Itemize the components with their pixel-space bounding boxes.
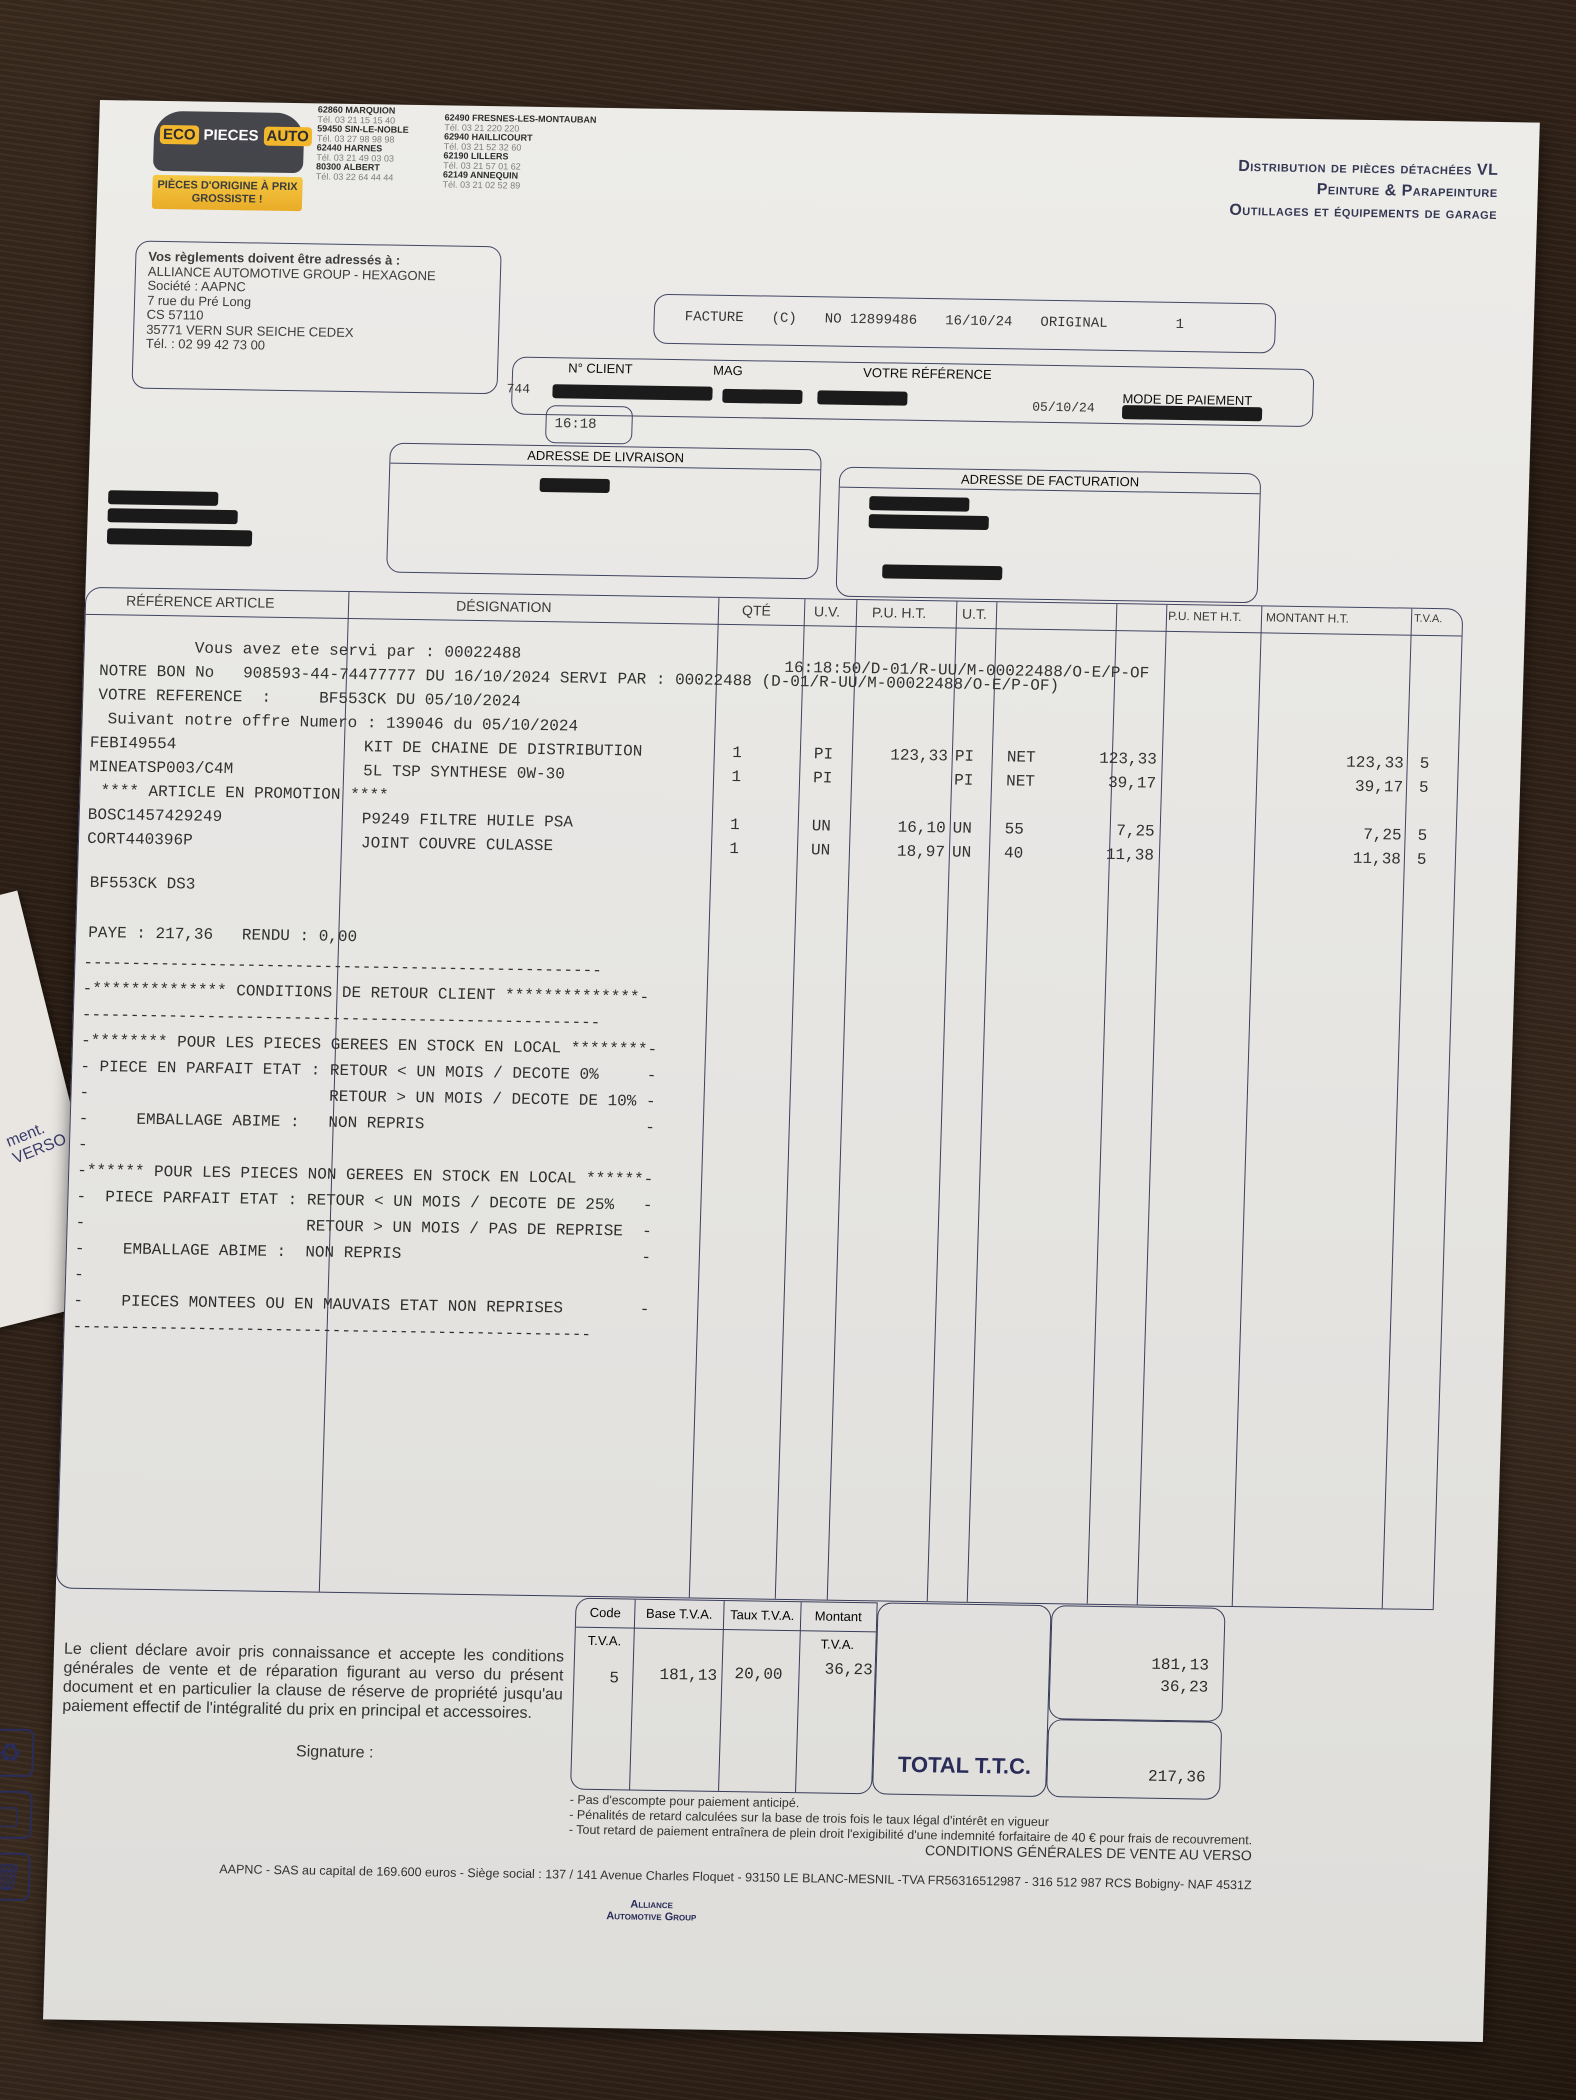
eco-pieces-auto-logo: ECO PIECES AUTO PIÈCES D'ORIGINE À PRIX …	[152, 111, 305, 211]
signature-label: Signature :	[296, 1743, 374, 1762]
cell-uv: UN	[811, 817, 831, 835]
cell-ut: UN	[952, 843, 972, 861]
cell-remise: NET	[1007, 748, 1036, 766]
billing-address-box: ADRESSE DE FACTURATION	[836, 467, 1262, 604]
redacted-recipient	[107, 508, 237, 524]
redacted-recipient	[108, 490, 218, 506]
vat-base-header: Base T.V.A.	[635, 1600, 725, 1629]
vat-code: 5	[609, 1669, 619, 1687]
billing-address-label: ADRESSE DE FACTURATION	[840, 468, 1261, 495]
cell-pu-net: 11,38	[1106, 846, 1155, 865]
cell-ut: PI	[955, 748, 975, 766]
cell-montant: 11,38	[1353, 850, 1402, 869]
condition-line: ----------------------------------------…	[72, 1318, 591, 1344]
alliance-logo: Alliance Automotive Group	[606, 1898, 697, 1923]
redacted-billing-address	[869, 496, 969, 512]
legal-terms: Le client déclare avoir pris connaissanc…	[62, 1640, 564, 1724]
condition-line: ----------------------------------------…	[82, 1006, 601, 1032]
total-ttc-label: TOTAL T.T.C.	[897, 1752, 1031, 1780]
condition-line: - EMBALLAGE ABIME : NON REPRIS -	[78, 1110, 655, 1137]
cell-ref: BOSC1457429249	[88, 806, 223, 826]
redacted-billing-address	[882, 564, 1002, 580]
cell-ref: **** ARTICLE EN PROMOTION ****	[100, 782, 389, 805]
cell-ut: PI	[954, 772, 974, 790]
client-no-prefix: 744	[506, 381, 530, 396]
redacted-payment-mode	[1122, 405, 1262, 421]
invoice-lines-table: RÉFÉRENCE ARTICLE DÉSIGNATION QTÉ U.V. P…	[56, 587, 1464, 1610]
cell-tva: 5	[1419, 779, 1429, 797]
cell-tva: 5	[1419, 755, 1429, 773]
cell-ref: MINEATSP003/C4M	[89, 758, 234, 778]
cell-remise: NET	[1006, 772, 1035, 790]
served-by-line: Vous avez ete servi par : 00022488	[194, 640, 521, 663]
redacted-reference	[817, 390, 907, 405]
cell-tva: 5	[1417, 851, 1427, 869]
cell-ref: FEBI49554	[90, 734, 177, 753]
client-no-label: N° CLIENT	[568, 360, 633, 376]
invoice-time: 16:18	[554, 416, 596, 433]
col-header-montant-ht: MONTANT H.T.	[1266, 610, 1349, 625]
reference-date: 05/10/24	[1032, 400, 1095, 416]
offer-line: Suivant notre offre Numero : 139046 du 0…	[107, 710, 578, 735]
cell-pu-ht: 123,33	[890, 746, 948, 765]
payment-line: PAYE : 217,36 RENDU : 0,00	[88, 924, 357, 946]
activity-line: Distribution de pièces détachées VL	[1230, 156, 1498, 182]
vat-code-header: Code T.V.A.	[576, 1599, 636, 1628]
invoice-code: (C)	[771, 311, 797, 327]
condition-line: -	[78, 1136, 88, 1154]
cell-remise: 55	[1004, 820, 1024, 838]
mag-label: MAG	[713, 363, 743, 378]
page-number: 1	[1175, 317, 1184, 333]
your-reference-line: VOTRE REFERENCE : BF553CK DU 05/10/2024	[98, 686, 521, 711]
alliance-logo-line: Automotive Group	[606, 1910, 696, 1923]
car-icon: ECO PIECES AUTO	[153, 111, 305, 173]
cell-designation: P9249 FILTRE HUILE PSA	[361, 810, 573, 831]
cell-pu-net: 39,17	[1108, 774, 1157, 793]
delivery-address-label: ADRESSE DE LIVRAISON	[390, 444, 821, 471]
col-divider	[629, 1628, 635, 1790]
redacted-billing-address	[869, 514, 989, 530]
eco-icons: ♻ ▢ 🗑	[0, 1728, 35, 1915]
col-divider	[795, 1630, 801, 1792]
total-tva: 36,23	[1160, 1678, 1209, 1697]
total-ht: 181,13	[1151, 1656, 1209, 1675]
delivery-address-box: ADRESSE DE LIVRAISON	[386, 443, 822, 580]
total-label-box: TOTAL T.T.C.	[872, 1602, 1052, 1797]
header-divider	[86, 614, 1462, 637]
company-footer: AAPNC - SAS au capital de 169.600 euros …	[47, 1859, 1423, 1895]
cell-montant: 39,17	[1355, 778, 1404, 797]
cell-designation: KIT DE CHAINE DE DISTRIBUTION	[364, 738, 643, 760]
condition-line: -****** POUR LES PIECES NON GEREES EN ST…	[77, 1162, 654, 1189]
col-divider	[775, 599, 806, 1599]
col-header-tva: T.V.A.	[1414, 613, 1443, 625]
redacted-delivery-address	[540, 478, 610, 493]
payment-address-box: Vos règlements doivent être adressés à :…	[131, 241, 501, 395]
redacted-recipient	[107, 528, 252, 546]
vat-base: 181,13	[659, 1666, 717, 1685]
bin-icon: 🗑	[0, 1852, 31, 1901]
payment-notes: - Pas d'escompte pour paiement anticipé.…	[568, 1793, 1253, 1864]
total-ttc: 217,36	[1148, 1768, 1206, 1787]
col-header-uv: U.V.	[814, 603, 840, 619]
invoice-number-box: FACTURE (C) NO 12899486 16/10/24 ORIGINA…	[653, 294, 1276, 354]
condition-line: -	[74, 1266, 84, 1284]
totals-box: 181,13 36,23	[1048, 1605, 1225, 1722]
cell-montant: 7,25	[1363, 826, 1402, 845]
invoice-date: 16/10/24	[945, 313, 1013, 330]
condition-line: - RETOUR > UN MOIS / PAS DE REPRISE -	[75, 1214, 652, 1241]
cell-qty: 1	[732, 744, 742, 762]
condition-line: ----------------------------------------…	[83, 954, 602, 980]
col-divider	[689, 598, 720, 1598]
redacted-client-no	[552, 384, 712, 401]
condition-line: -************** CONDITIONS DE RETOUR CLI…	[82, 980, 649, 1007]
condition-line: -******** POUR LES PIECES GEREES EN STOC…	[81, 1032, 658, 1059]
logo-auto: AUTO	[263, 127, 312, 147]
activity-line: Outillages et équipements de garage	[1229, 200, 1497, 226]
cell-montant: 123,33	[1346, 754, 1404, 773]
col-header-reference: RÉFÉRENCE ARTICLE	[126, 592, 275, 610]
recycle-person-icon: ♻	[0, 1728, 35, 1777]
logo-eco: ECO	[160, 125, 199, 145]
condition-line: - RETOUR > UN MOIS / DECOTE DE 10% -	[79, 1084, 656, 1111]
vat-rate: 20,00	[734, 1665, 783, 1684]
cell-designation: 5L TSP SYNTHESE 0W-30	[363, 762, 565, 783]
vat-table: Code T.V.A. Base T.V.A. Taux T.V.A. Mont…	[570, 1598, 878, 1795]
cell-pu-net: 7,25	[1116, 822, 1155, 841]
cell-qty: 1	[731, 768, 741, 786]
vat-amount: 36,23	[824, 1661, 873, 1680]
condition-line: - PIECE PARFAIT ETAT : RETOUR < UN MOIS …	[76, 1188, 653, 1215]
col-divider	[1232, 606, 1263, 1606]
invoice-type: FACTURE	[685, 309, 744, 326]
condition-line: - PIECES MONTEES OU EN MAUVAIS ETAT NON …	[73, 1292, 650, 1319]
col-header-pu-ht: P.U. H.T.	[872, 604, 927, 621]
condition-line: - EMBALLAGE ABIME : NON REPRIS -	[75, 1240, 652, 1267]
col-header-designation: DÉSIGNATION	[456, 598, 552, 615]
invoice-sheet: ECO PIECES AUTO PIÈCES D'ORIGINE À PRIX …	[43, 100, 1540, 2042]
invoice-number: NO 12899486	[825, 311, 918, 328]
cell-ut: UN	[952, 819, 972, 837]
agencies-column-1: 62860 MARQUIONTél. 03 21 15 15 40 59450 …	[316, 105, 410, 182]
company-activities: Distribution de pièces détachées VL Pein…	[1229, 156, 1499, 226]
redacted-mag	[722, 389, 802, 404]
cell-qty: 1	[729, 840, 739, 858]
cell-designation: JOINT COUVRE CULASSE	[361, 834, 554, 855]
vat-rate-header: Taux T.V.A.	[724, 1601, 802, 1630]
logo-tagline: PIÈCES D'ORIGINE À PRIX GROSSISTE !	[152, 175, 303, 211]
agency: 62149 ANNEQUINTél. 03 21 02 52 89	[442, 170, 594, 191]
condition-line: - PIECE EN PARFAIT ETAT : RETOUR < UN MO…	[80, 1058, 657, 1085]
cell-uv: UN	[811, 841, 831, 859]
time-box: 16:18	[545, 405, 633, 444]
logo-pieces: PIECES	[200, 126, 262, 146]
agency: 80300 ALBERTTél. 03 22 64 44 44	[316, 162, 408, 182]
vehicle-line: BF553CK DS3	[90, 874, 196, 894]
col-header-pu-net-ht: P.U. NET H.T.	[1168, 609, 1242, 624]
invoice-copy: ORIGINAL	[1040, 315, 1108, 332]
cell-ref: CORT440396P	[87, 830, 193, 850]
paper-icon: ▢	[0, 1790, 33, 1839]
cell-tva: 5	[1417, 827, 1427, 845]
col-header-qty: QTÉ	[742, 602, 771, 618]
cell-remise: 40	[1004, 844, 1024, 862]
agencies-column-2: 62490 FRESNES-LES-MONTAUBANTél. 03 21 22…	[442, 113, 596, 191]
col-divider	[718, 1629, 724, 1791]
cell-pu-ht: 16,10	[897, 819, 946, 838]
vat-amount-header: Montant T.V.A.	[801, 1602, 876, 1631]
cell-pu-net: 123,33	[1099, 750, 1157, 769]
cell-uv: PI	[814, 745, 834, 763]
cell-qty: 1	[730, 816, 740, 834]
col-header-ut: U.T.	[962, 606, 987, 622]
cell-uv: PI	[813, 769, 833, 787]
reference-label: VOTRE RÉFÉRENCE	[863, 365, 992, 382]
total-ttc-box: 217,36	[1046, 1719, 1222, 1800]
cell-pu-ht: 18,97	[897, 843, 946, 862]
